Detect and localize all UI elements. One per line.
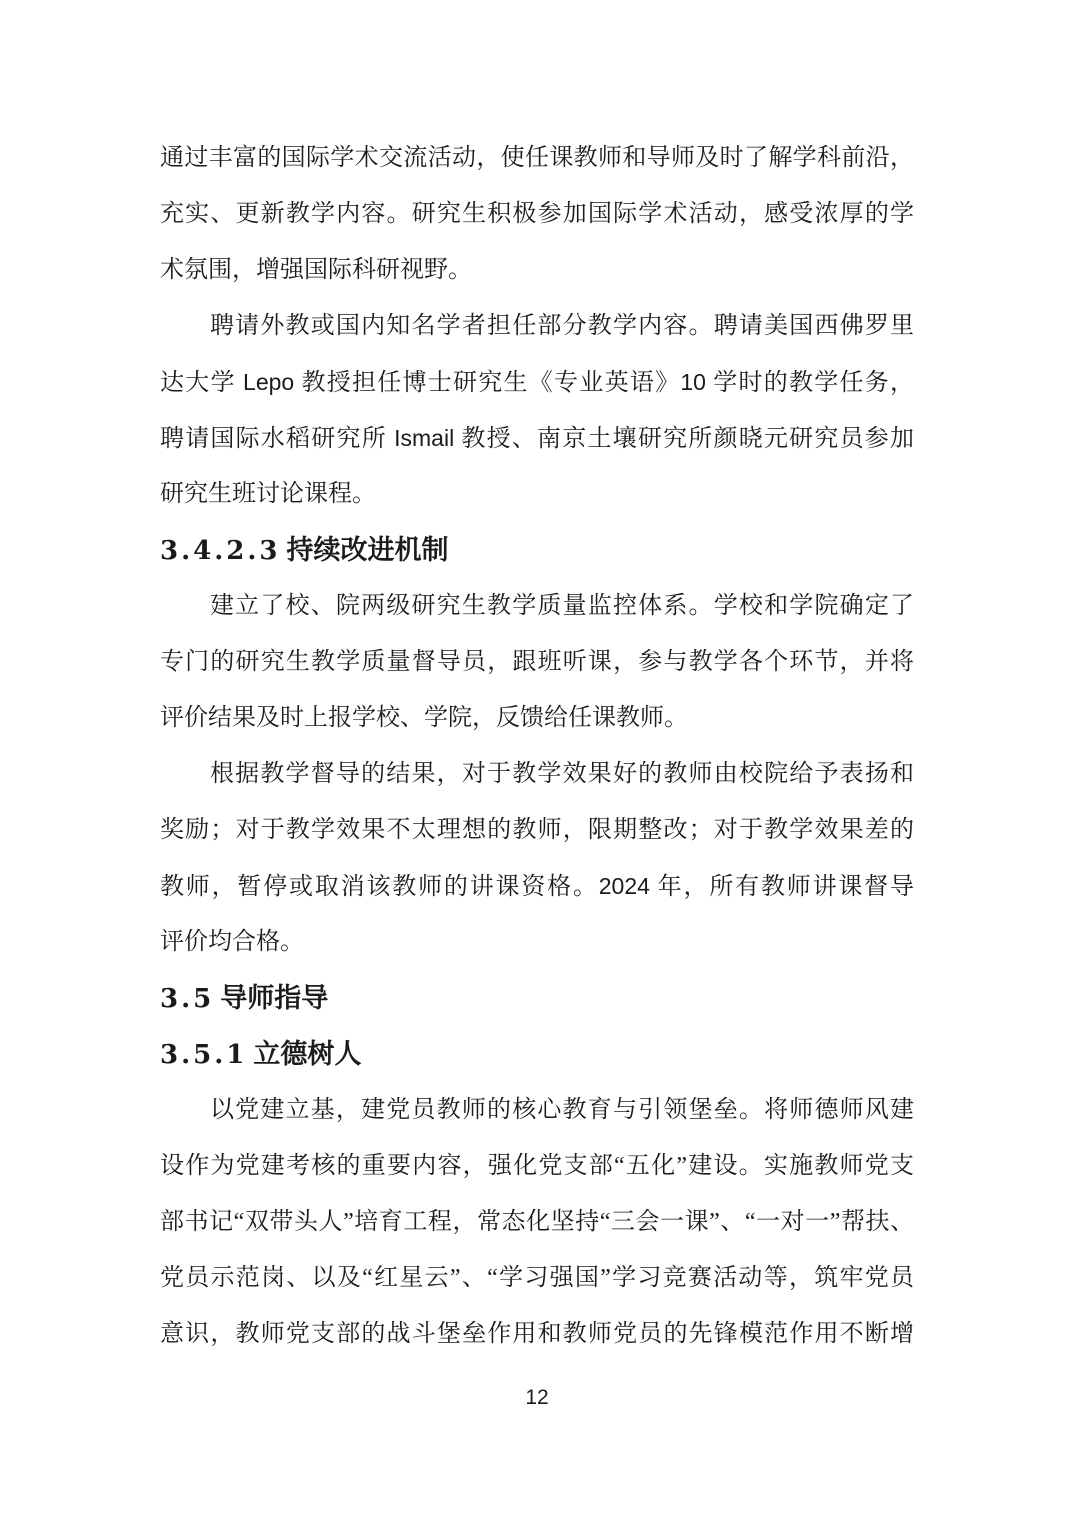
text-line: 评价结果及时上报学校、学院，反馈给任课教师。: [160, 690, 914, 746]
paragraph: 根据教学督导的结果，对于教学效果好的教师由校院给予表扬和奖励；对于教学效果不太理…: [160, 746, 914, 970]
paragraph: 建立了校、院两级研究生教学质量监控体系。学校和学院确定了专门的研究生教学质量督导…: [160, 578, 914, 746]
quote-mark: ”: [676, 1153, 687, 1179]
quote-mark: “: [234, 1209, 245, 1235]
text-line: 专门的研究生教学质量督导员，跟班听课，参与教学各个环节，并将: [160, 634, 914, 690]
heading-number: 3.5.1: [160, 1040, 247, 1070]
quote-mark: “: [487, 1265, 498, 1291]
text-line: 达大学 Lepo 教授担任博士研究生《专业英语》10 学时的教学任务，: [160, 354, 914, 410]
text-line: 通过丰富的国际学术交流活动，使任课教师和导师及时了解学科前沿，: [160, 130, 914, 186]
latin-text: Ismail: [394, 425, 454, 451]
quote-mark: ”: [709, 1209, 720, 1235]
text-line: 聘请国际水稻研究所 Ismail 教授、南京土壤研究所颜晓元研究员参加: [160, 410, 914, 466]
quote-mark: “: [614, 1153, 625, 1179]
quote-mark: ”: [830, 1209, 841, 1235]
heading-number: 3.5: [160, 984, 214, 1014]
text-line: 建立了校、院两级研究生教学质量监控体系。学校和学院确定了: [160, 578, 914, 634]
document-page: 通过丰富的国际学术交流活动，使任课教师和导师及时了解学科前沿，充实、更新教学内容…: [0, 0, 1074, 1520]
paragraph: 以党建立基，建党员教师的核心教育与引领堡垒。将师德师风建设作为党建考核的重要内容…: [160, 1082, 914, 1362]
heading-title: 立德树人: [253, 1039, 361, 1069]
text-line: 研究生班讨论课程。: [160, 466, 914, 522]
quote-mark: ”: [343, 1209, 354, 1235]
document-content: 通过丰富的国际学术交流活动，使任课教师和导师及时了解学科前沿，充实、更新教学内容…: [160, 130, 914, 1362]
text-line: 教师，暂停或取消该教师的讲课资格。2024 年，所有教师讲课督导: [160, 858, 914, 914]
text-line: 奖励；对于教学效果不太理想的教师，限期整改；对于教学效果差的: [160, 802, 914, 858]
text-line: 设作为党建考核的重要内容，强化党支部“五化”建设。实施教师党支: [160, 1138, 914, 1194]
latin-text: 2024: [599, 873, 650, 899]
quote-mark: “: [745, 1209, 756, 1235]
quote-mark: ”: [450, 1265, 461, 1291]
text-line: 根据教学督导的结果，对于教学效果好的教师由校院给予表扬和: [160, 746, 914, 802]
latin-text: Lepo: [243, 369, 294, 395]
quote-mark: “: [600, 1209, 611, 1235]
paragraph: 通过丰富的国际学术交流活动，使任课教师和导师及时了解学科前沿，充实、更新教学内容…: [160, 130, 914, 298]
quote-mark: ”: [600, 1265, 611, 1291]
page-number: 12: [160, 1384, 914, 1412]
text-line: 部书记“双带头人”培育工程，常态化坚持“三会一课”、“一对一”帮扶、: [160, 1194, 914, 1250]
latin-text: 10: [680, 369, 706, 395]
heading-number: 3.4.2.3: [160, 536, 281, 566]
text-line: 术氛围，增强国际科研视野。: [160, 242, 914, 298]
section-heading: 3.5导师指导: [160, 970, 914, 1026]
paragraph: 聘请外教或国内知名学者担任部分教学内容。聘请美国西佛罗里达大学 Lepo 教授担…: [160, 298, 914, 522]
text-line: 意识，教师党支部的战斗堡垒作用和教师党员的先锋模范作用不断增: [160, 1306, 914, 1362]
heading-title: 导师指导: [220, 983, 328, 1013]
text-line: 党员示范岗、以及“红星云”、“学习强国”学习竞赛活动等，筑牢党员: [160, 1250, 914, 1306]
section-heading: 3.5.1立德树人: [160, 1026, 914, 1082]
heading-title: 持续改进机制: [287, 535, 449, 565]
text-line: 以党建立基，建党员教师的核心教育与引领堡垒。将师德师风建: [160, 1082, 914, 1138]
text-line: 充实、更新教学内容。研究生积极参加国际学术活动，感受浓厚的学: [160, 186, 914, 242]
section-heading: 3.4.2.3持续改进机制: [160, 522, 914, 578]
text-line: 聘请外教或国内知名学者担任部分教学内容。聘请美国西佛罗里: [160, 298, 914, 354]
text-line: 评价均合格。: [160, 914, 914, 970]
quote-mark: “: [362, 1265, 373, 1291]
